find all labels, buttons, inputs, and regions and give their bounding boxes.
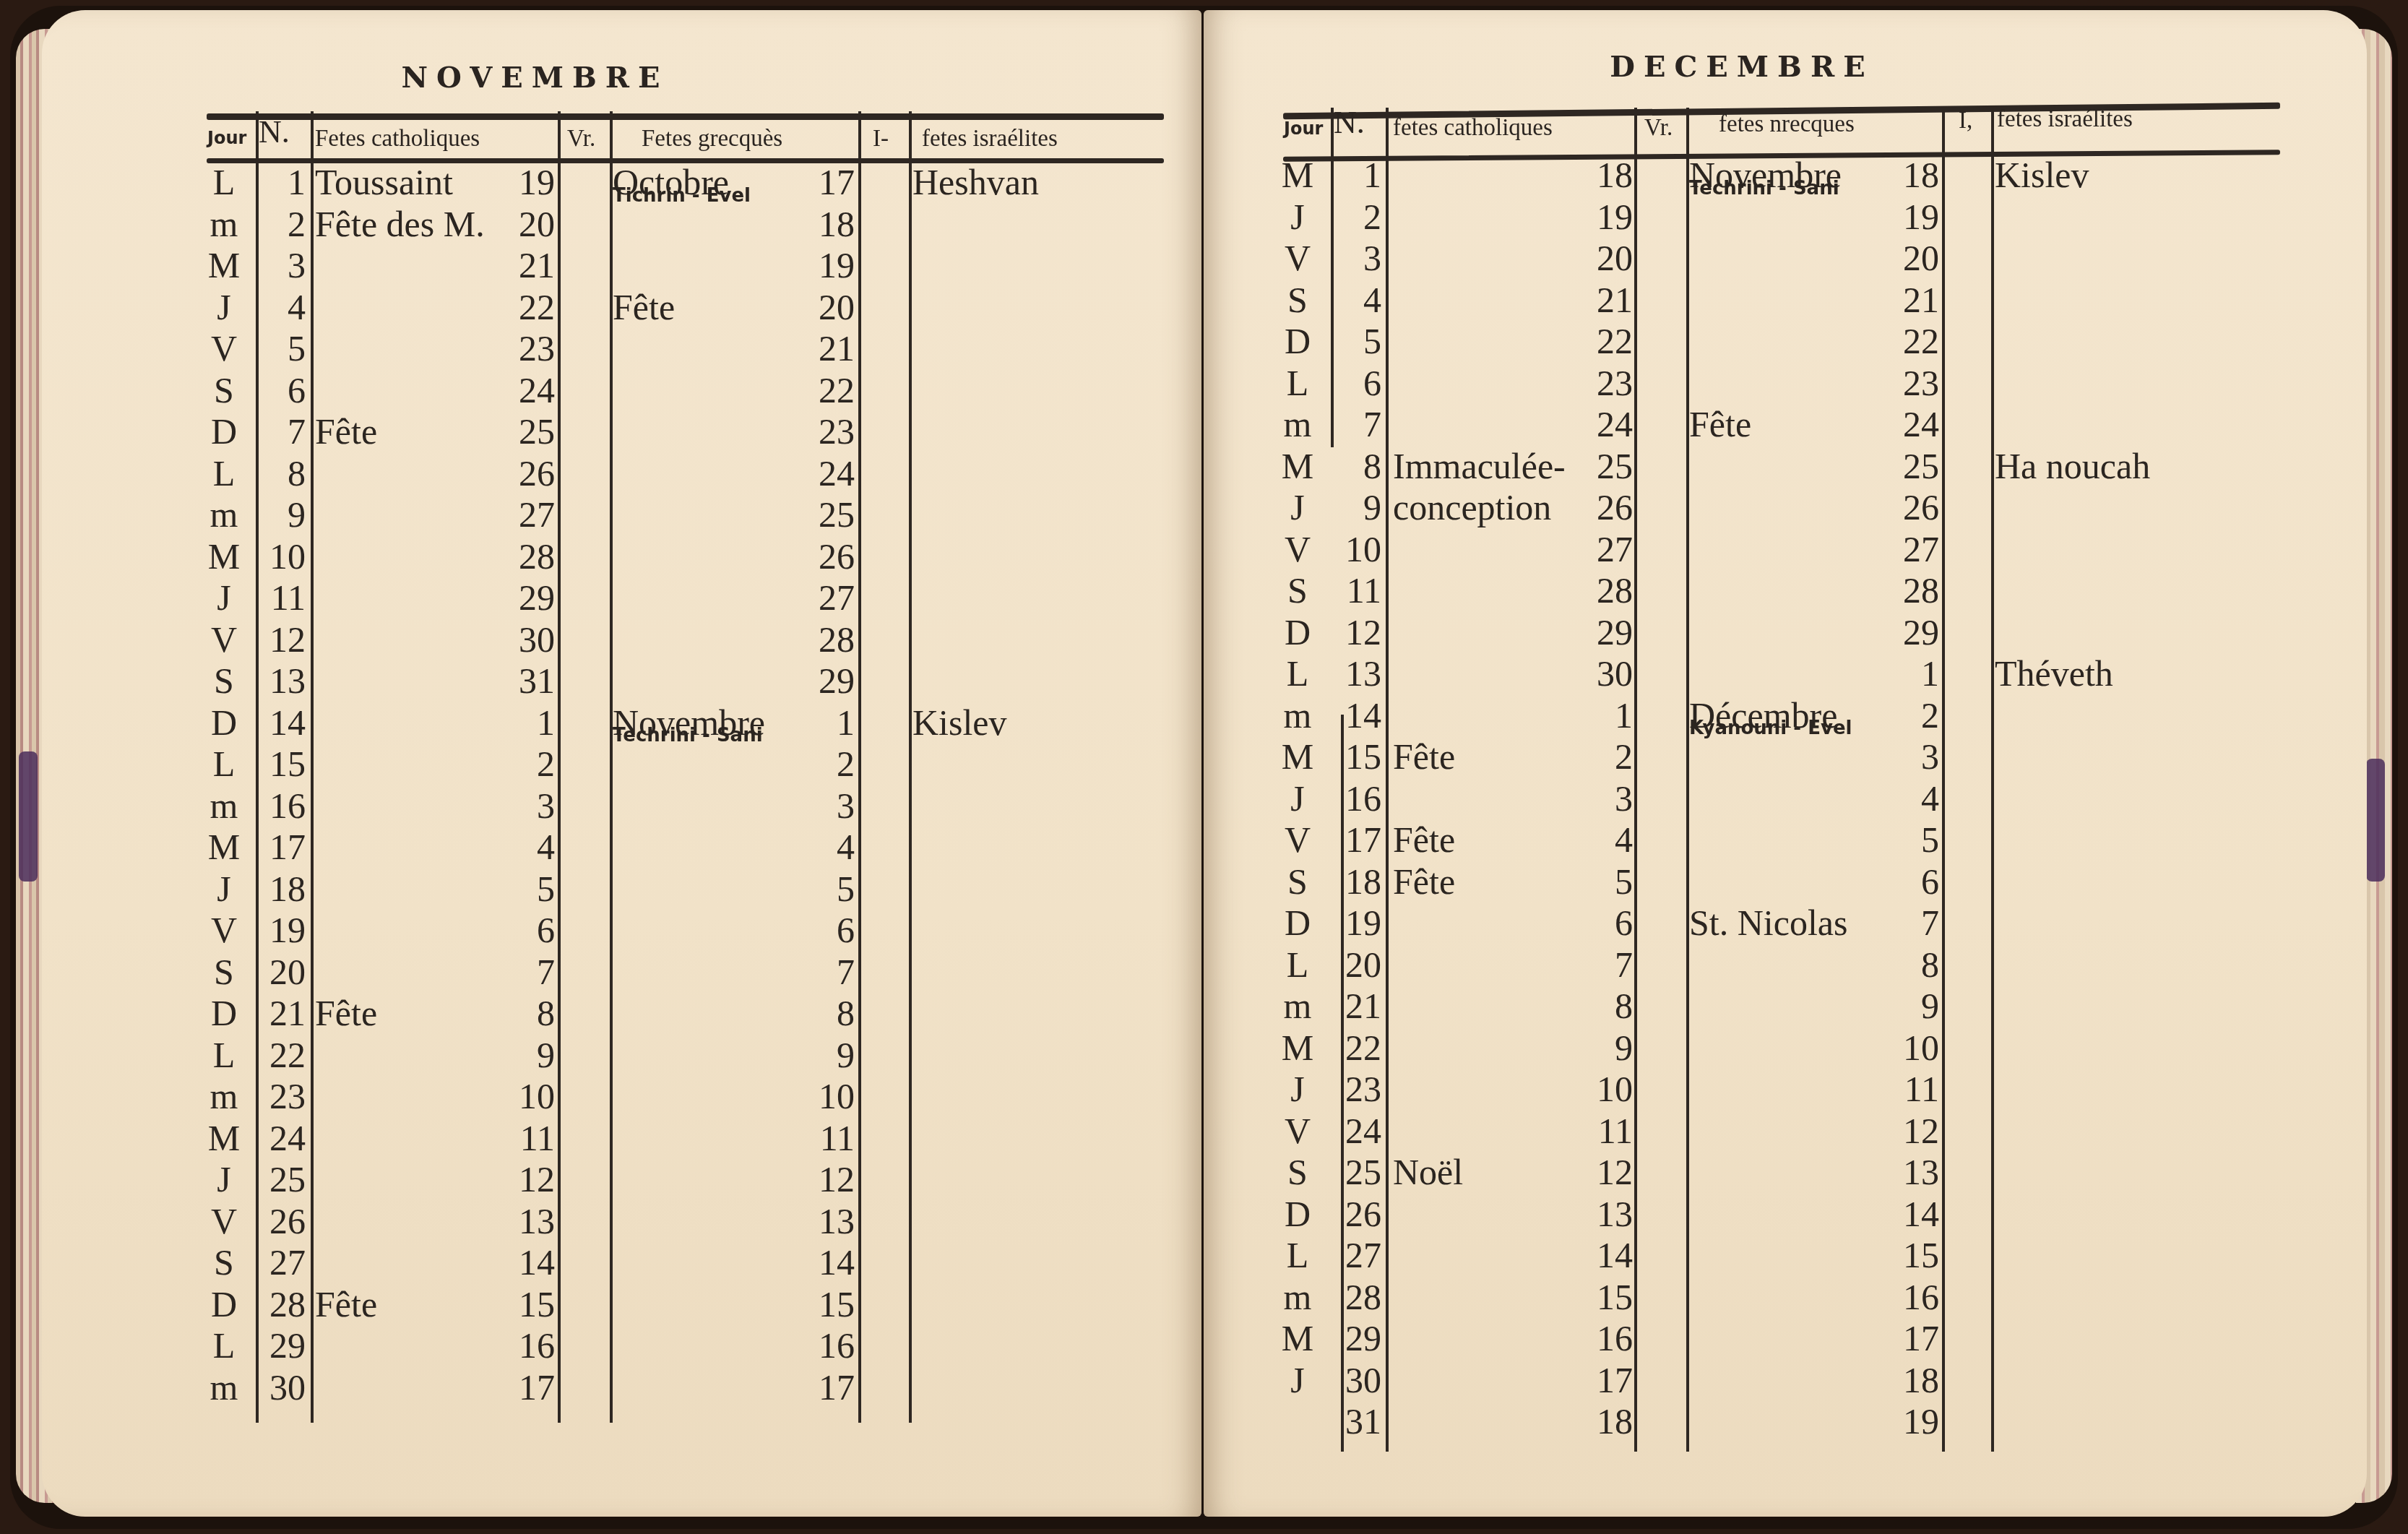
jewish-day-number: 19 [1889,197,1939,238]
weekday: V [202,1201,246,1242]
jewish-day-number: 13 [804,1201,855,1242]
day-number: 23 [255,1076,306,1117]
greek-day-number: 20 [504,204,555,245]
greek-day-number: 3 [1582,778,1633,819]
jewish-day-number: 8 [1889,944,1939,986]
day-number: 1 [1331,155,1381,196]
catholic-feast: Fête [315,411,377,452]
day-number: 30 [1331,1360,1381,1401]
greek-day-number: 10 [1582,1069,1633,1110]
weekday: S [202,370,246,411]
jewish-day-number: 17 [804,162,855,203]
day-number: 1 [255,162,306,203]
day-number: 18 [255,869,306,910]
catholic-feast: Noël [1393,1152,1463,1193]
day-number: 16 [1331,778,1381,819]
day-number: 18 [1331,861,1381,902]
jewish-day-number: 21 [804,328,855,369]
day-number: 31 [1331,1401,1381,1442]
weekday: m [202,1367,246,1408]
greek-day-number: 23 [504,328,555,369]
day-number: 4 [1331,280,1381,321]
day-number: 22 [1331,1027,1381,1069]
weekday: J [202,287,246,328]
greek-day-number: 22 [1582,321,1633,362]
weekday: M [1276,155,1319,196]
day-number: 10 [255,536,306,577]
jewish-day-number: 10 [804,1076,855,1117]
jewish-day-number: 18 [1889,155,1939,196]
greek-day-number: 14 [1582,1235,1633,1276]
jewish-day-number: 16 [1889,1277,1939,1318]
day-number: 6 [1331,363,1381,404]
greek-day-number: 3 [504,785,555,827]
day-number: 7 [1331,404,1381,445]
greek-day-number: 31 [504,660,555,702]
jewish-day-number: 24 [1889,404,1939,445]
weekday: S [202,660,246,702]
weekday: J [1276,1069,1319,1110]
weekday: L [1276,1235,1319,1276]
day-number: 3 [255,245,306,286]
weekday: V [1276,1111,1319,1152]
jewish-feast: Kislev [912,702,1007,744]
jewish-day-number: 12 [804,1159,855,1200]
greek-day-number: 9 [504,1035,555,1076]
greek-day-number: 26 [1582,487,1633,528]
jewish-day-number: 15 [1889,1235,1939,1276]
day-number: 24 [255,1118,306,1159]
day-number: 8 [255,453,306,494]
jewish-day-number: 15 [804,1284,855,1325]
greek-day-number: 13 [1582,1194,1633,1235]
catholic-feast: Fête [1393,736,1455,777]
weekday: L [202,162,246,203]
jewish-feast: Heshvan [912,162,1039,203]
jewish-day-number: 25 [804,494,855,535]
column-divider [1991,108,1994,1452]
greek-day-number: 27 [504,494,555,535]
weekday: M [1276,446,1319,487]
weekday: J [1276,197,1319,238]
header-greek: Fetes grecquès [642,126,782,152]
greek-day-number: 8 [504,993,555,1034]
greek-day-number: 6 [504,910,555,951]
column-divider [311,111,314,1423]
greek-day-number: 24 [1582,404,1633,445]
weekday: M [202,827,246,868]
greek-day-number: 29 [1582,612,1633,653]
day-number: 3 [1331,238,1381,279]
weekday: D [1276,321,1319,362]
weekday: S [202,1242,246,1283]
greek-day-number: 27 [1582,529,1633,570]
weekday: m [202,204,246,245]
greek-day-number: 15 [504,1284,555,1325]
weekday: M [202,1118,246,1159]
greek-day-number: 7 [1582,944,1633,986]
weekday: L [202,1035,246,1076]
weekday: L [202,453,246,494]
weekday: D [202,1284,246,1325]
day-number: 2 [255,204,306,245]
weekday: J [202,577,246,619]
column-divider [1386,108,1389,1452]
weekday: D [1276,612,1319,653]
weekday: L [1276,363,1319,404]
day-number: 5 [255,328,306,369]
weekday: m [1276,695,1319,736]
weekday: m [1276,404,1319,445]
weekday: L [1276,653,1319,694]
jewish-day-number: 28 [1889,570,1939,611]
weekday: J [1276,1360,1319,1401]
greek-day-number: 18 [1582,1401,1633,1442]
day-number: 21 [1331,986,1381,1027]
greek-day-number: 30 [1582,653,1633,694]
day-number: 12 [1331,612,1381,653]
jewish-day-number: 29 [1889,612,1939,653]
greek-month-name: Techrini - Sani [613,725,763,746]
jewish-day-number: 27 [804,577,855,619]
day-number: 10 [1331,529,1381,570]
greek-day-number: 2 [504,744,555,785]
jewish-day-number: 10 [1889,1027,1939,1069]
header-vr: Vr. [567,126,595,152]
greek-feast: St. Nicolas [1689,902,1847,944]
day-number: 20 [1331,944,1381,986]
weekday: m [202,1076,246,1117]
jewish-day-number: 25 [1889,446,1939,487]
day-number: 25 [255,1159,306,1200]
greek-day-number: 26 [504,453,555,494]
greek-day-number: 11 [504,1118,555,1159]
weekday: S [1276,1152,1319,1193]
jewish-day-number: 22 [1889,321,1939,362]
catholic-feast: Toussaint [315,162,453,203]
day-number: 17 [255,827,306,868]
greek-day-number: 5 [1582,861,1633,902]
weekday: V [202,328,246,369]
greek-day-number: 20 [1582,238,1633,279]
jewish-feast: Ha noucah [1995,446,2150,487]
day-number: 23 [1331,1069,1381,1110]
day-number: 7 [255,411,306,452]
header-catholic: fetes catholiques [1393,115,1553,142]
header-jour: Jour [1284,119,1323,139]
catholic-feast: Immaculée- [1393,446,1566,487]
column-divider [858,111,861,1423]
greek-day-number: 16 [1582,1318,1633,1359]
jewish-day-number: 2 [804,744,855,785]
weekday: S [202,952,246,993]
day-number: 28 [255,1284,306,1325]
day-number: 27 [255,1242,306,1283]
header-jewish: fetes israélites [922,126,1058,152]
jewish-day-number: 22 [804,370,855,411]
day-number: 15 [1331,736,1381,777]
greek-feast: Fête [613,287,675,328]
greek-day-number: 18 [1582,155,1633,196]
jewish-day-number: 19 [804,245,855,286]
greek-day-number: 29 [504,577,555,619]
day-number: 15 [255,744,306,785]
weekday: V [202,910,246,951]
greek-day-number: 13 [504,1201,555,1242]
day-number: 29 [1331,1318,1381,1359]
greek-day-number: 16 [504,1325,555,1366]
jewish-day-number: 23 [1889,363,1939,404]
jewish-day-number: 7 [804,952,855,993]
weekday: S [1276,280,1319,321]
weekday: D [1276,902,1319,944]
jewish-day-number: 1 [804,702,855,744]
jewish-day-number: 4 [1889,778,1939,819]
jewish-day-number: 29 [804,660,855,702]
jewish-feast: Théveth [1995,653,2113,694]
jewish-day-number: 3 [804,785,855,827]
greek-day-number: 11 [1582,1111,1633,1152]
weekday: J [202,869,246,910]
day-number: 28 [1331,1277,1381,1318]
weekday: D [1276,1194,1319,1235]
weekday: M [1276,1027,1319,1069]
day-number: 11 [1331,570,1381,611]
day-number: 24 [1331,1111,1381,1152]
catholic-feast: Fête des M. [315,204,485,245]
greek-month-name: Tichrin - Evel [613,185,751,207]
day-number: 17 [1331,819,1381,861]
jewish-day-number: 11 [1889,1069,1939,1110]
header-n: N. [1334,104,1365,141]
day-number: 2 [1331,197,1381,238]
page-november: NOVEMBRE Jour N. Fetes catholiques Vr. F… [42,10,1201,1517]
day-number: 14 [255,702,306,744]
greek-day-number: 2 [1582,736,1633,777]
weekday: V [1276,819,1319,861]
jewish-day-number: 3 [1889,736,1939,777]
header-top-rule [207,113,1164,120]
greek-day-number: 12 [1582,1152,1633,1193]
jewish-day-number: 7 [1889,902,1939,944]
day-number: 30 [255,1367,306,1408]
jewish-day-number: 6 [804,910,855,951]
jewish-day-number: 11 [804,1118,855,1159]
jewish-day-number: 17 [804,1367,855,1408]
greek-day-number: 21 [1582,280,1633,321]
greek-month-name: Techrini - Sani [1689,178,1839,199]
weekday: S [1276,861,1319,902]
day-number: 26 [1331,1194,1381,1235]
day-number: 20 [255,952,306,993]
weekday: m [202,494,246,535]
greek-day-number: 21 [504,245,555,286]
day-number: 26 [255,1201,306,1242]
weekday: L [202,1325,246,1366]
catholic-feast: conception [1393,487,1551,528]
jewish-day-number: 24 [804,453,855,494]
jewish-day-number: 16 [804,1325,855,1366]
weekday: M [202,245,246,286]
greek-day-number: 8 [1582,986,1633,1027]
greek-day-number: 28 [1582,570,1633,611]
day-number: 11 [255,577,306,619]
jewish-day-number: 12 [1889,1111,1939,1152]
weekday: m [202,785,246,827]
weekday: M [1276,736,1319,777]
jewish-day-number: 27 [1889,529,1939,570]
weekday: V [202,619,246,660]
weekday: D [202,411,246,452]
jewish-day-number: 5 [804,869,855,910]
greek-day-number: 19 [504,162,555,203]
weekday: M [1276,1318,1319,1359]
greek-day-number: 17 [504,1367,555,1408]
ink-stain [19,751,38,882]
day-number: 19 [255,910,306,951]
day-number: 9 [1331,487,1381,528]
greek-feast: Fête [1689,404,1751,445]
month-title: NOVEMBRE [0,61,1115,95]
greek-day-number: 5 [504,869,555,910]
header-i: I, [1959,108,1972,134]
jewish-day-number: 1 [1889,653,1939,694]
day-number: 6 [255,370,306,411]
weekday: m [1276,1277,1319,1318]
day-number: 22 [255,1035,306,1076]
jewish-day-number: 23 [804,411,855,452]
greek-day-number: 10 [504,1076,555,1117]
jewish-day-number: 9 [1889,986,1939,1027]
jewish-day-number: 6 [1889,861,1939,902]
jewish-day-number: 17 [1889,1318,1939,1359]
jewish-day-number: 4 [804,827,855,868]
day-number: 21 [255,993,306,1034]
header-jour: Jour [207,128,246,148]
catholic-feast: Fête [315,993,377,1034]
greek-day-number: 4 [504,827,555,868]
day-number: 14 [1331,695,1381,736]
greek-day-number: 25 [1582,446,1633,487]
column-divider [1634,108,1637,1452]
jewish-day-number: 21 [1889,280,1939,321]
weekday: m [1276,986,1319,1027]
jewish-day-number: 5 [1889,819,1939,861]
greek-day-number: 30 [504,619,555,660]
day-number: 8 [1331,446,1381,487]
day-number: 13 [1331,653,1381,694]
day-number: 29 [255,1325,306,1366]
greek-day-number: 15 [1582,1277,1633,1318]
day-number: 19 [1331,902,1381,944]
ink-stain [2366,759,2385,882]
day-number: 4 [255,287,306,328]
jewish-day-number: 20 [804,287,855,328]
weekday: V [1276,529,1319,570]
greek-day-number: 24 [504,370,555,411]
catholic-feast: Fête [315,1284,377,1325]
jewish-day-number: 26 [804,536,855,577]
greek-day-number: 25 [504,411,555,452]
jewish-day-number: 18 [1889,1360,1939,1401]
day-number: 25 [1331,1152,1381,1193]
weekday: L [202,744,246,785]
column-divider [1686,108,1689,1452]
jewish-day-number: 28 [804,619,855,660]
greek-day-number: 22 [504,287,555,328]
jewish-day-number: 13 [1889,1152,1939,1193]
catholic-feast: Fête [1393,819,1455,861]
jewish-day-number: 8 [804,993,855,1034]
greek-day-number: 19 [1582,197,1633,238]
greek-day-number: 6 [1582,902,1633,944]
column-divider [909,111,912,1423]
weekday: J [1276,778,1319,819]
greek-day-number: 23 [1582,363,1633,404]
greek-day-number: 1 [504,702,555,744]
greek-day-number: 9 [1582,1027,1633,1069]
greek-day-number: 12 [504,1159,555,1200]
catholic-feast: Fête [1393,861,1455,902]
day-number: 5 [1331,321,1381,362]
weekday: J [202,1159,246,1200]
weekday: D [202,702,246,744]
month-title: DECEMBRE [1160,50,2323,84]
greek-day-number: 4 [1582,819,1633,861]
header-i: I- [873,126,889,152]
weekday: S [1276,570,1319,611]
header-n: N. [259,113,290,150]
page-december: DECEMBRE Jour N. fetes catholiques Vr. f… [1204,10,2367,1517]
header-catholic: Fetes catholiques [315,126,480,152]
weekday [1276,1401,1319,1442]
jewish-day-number: 18 [804,204,855,245]
greek-day-number: 17 [1582,1360,1633,1401]
greek-day-number: 7 [504,952,555,993]
column-divider [558,111,561,1423]
weekday: L [1276,944,1319,986]
weekday: M [202,536,246,577]
day-number: 9 [255,494,306,535]
column-divider [1942,108,1945,1452]
day-number: 27 [1331,1235,1381,1276]
jewish-day-number: 14 [804,1242,855,1283]
greek-day-number: 28 [504,536,555,577]
day-number: 16 [255,785,306,827]
jewish-day-number: 20 [1889,238,1939,279]
jewish-day-number: 26 [1889,487,1939,528]
greek-day-number: 14 [504,1242,555,1283]
greek-month-name: Kyanouni - Evel [1689,718,1852,739]
greek-day-number: 1 [1582,695,1633,736]
weekday: J [1276,487,1319,528]
header-greek: fetes nrecques [1719,111,1855,138]
jewish-day-number: 2 [1889,695,1939,736]
header-jewish: fetes israélites [1997,106,2133,133]
jewish-day-number: 19 [1889,1401,1939,1442]
day-number: 12 [255,619,306,660]
header-vr: Vr. [1644,115,1673,142]
jewish-day-number: 14 [1889,1194,1939,1235]
day-number: 13 [255,660,306,702]
jewish-day-number: 9 [804,1035,855,1076]
jewish-feast: Kislev [1995,155,2089,196]
weekday: D [202,993,246,1034]
weekday: V [1276,238,1319,279]
